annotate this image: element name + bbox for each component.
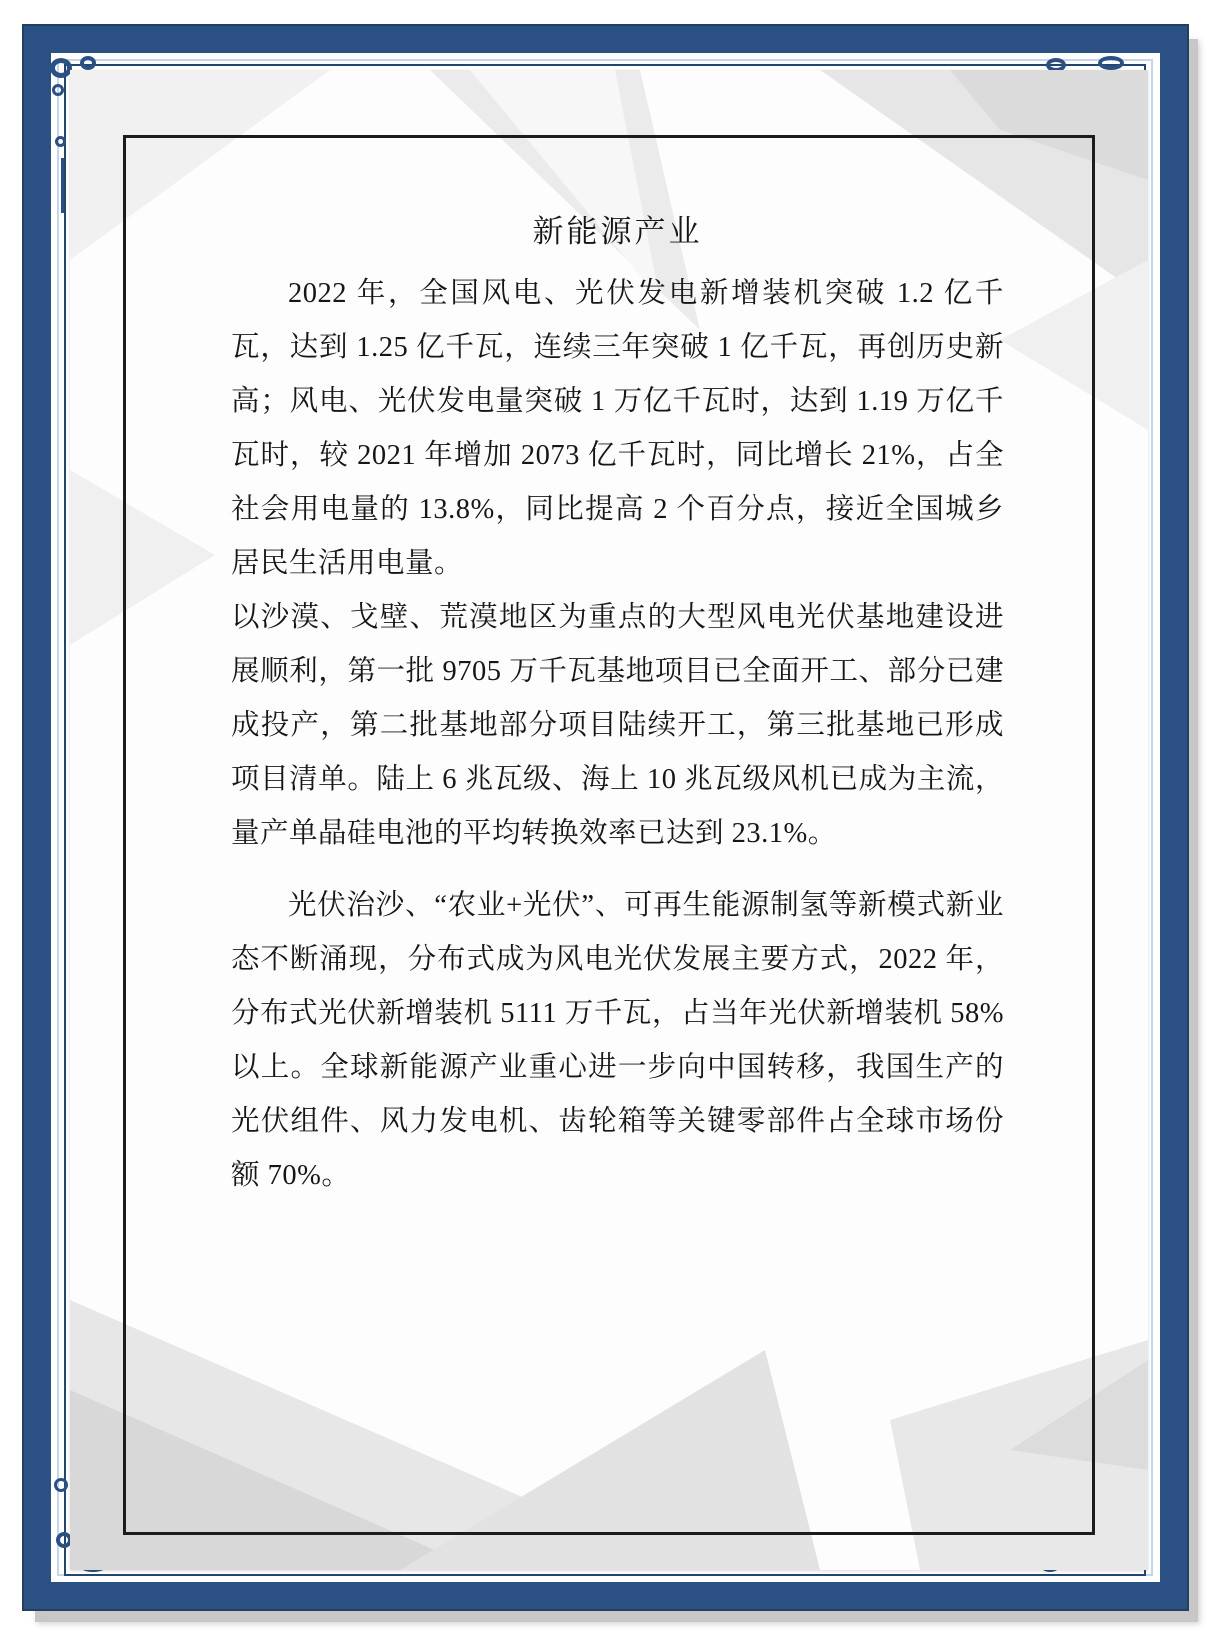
corner-flourish-icon xyxy=(54,1478,68,1492)
corner-flourish-icon xyxy=(50,58,72,78)
corner-flourish-icon xyxy=(1098,56,1124,70)
page-canvas: 新能源产业 2022 年，全国风电、光伏发电新增装机突破 1.2 亿千瓦，达到 … xyxy=(0,0,1212,1651)
document-title: 新能源产业 xyxy=(231,206,1004,251)
paragraph: 2022 年，全国风电、光伏发电新增装机突破 1.2 亿千瓦，达到 1.25 亿… xyxy=(231,267,1004,591)
paragraph: 以沙漠、戈壁、荒漠地区为重点的大型风电光伏基地建设进展顺利，第一批 9705 万… xyxy=(231,591,1004,861)
corner-flourish-icon xyxy=(55,136,66,147)
corner-flourish-icon xyxy=(61,158,64,213)
text-frame: 新能源产业 2022 年，全国风电、光伏发电新增装机突破 1.2 亿千瓦，达到 … xyxy=(123,135,1095,1535)
corner-flourish-icon xyxy=(80,56,96,70)
corner-flourish-icon xyxy=(52,84,64,96)
paragraph: 光伏治沙、“农业+光伏”、可再生能源制氢等新模式新业态不断涌现，分布式成为风电光… xyxy=(231,879,1004,1203)
